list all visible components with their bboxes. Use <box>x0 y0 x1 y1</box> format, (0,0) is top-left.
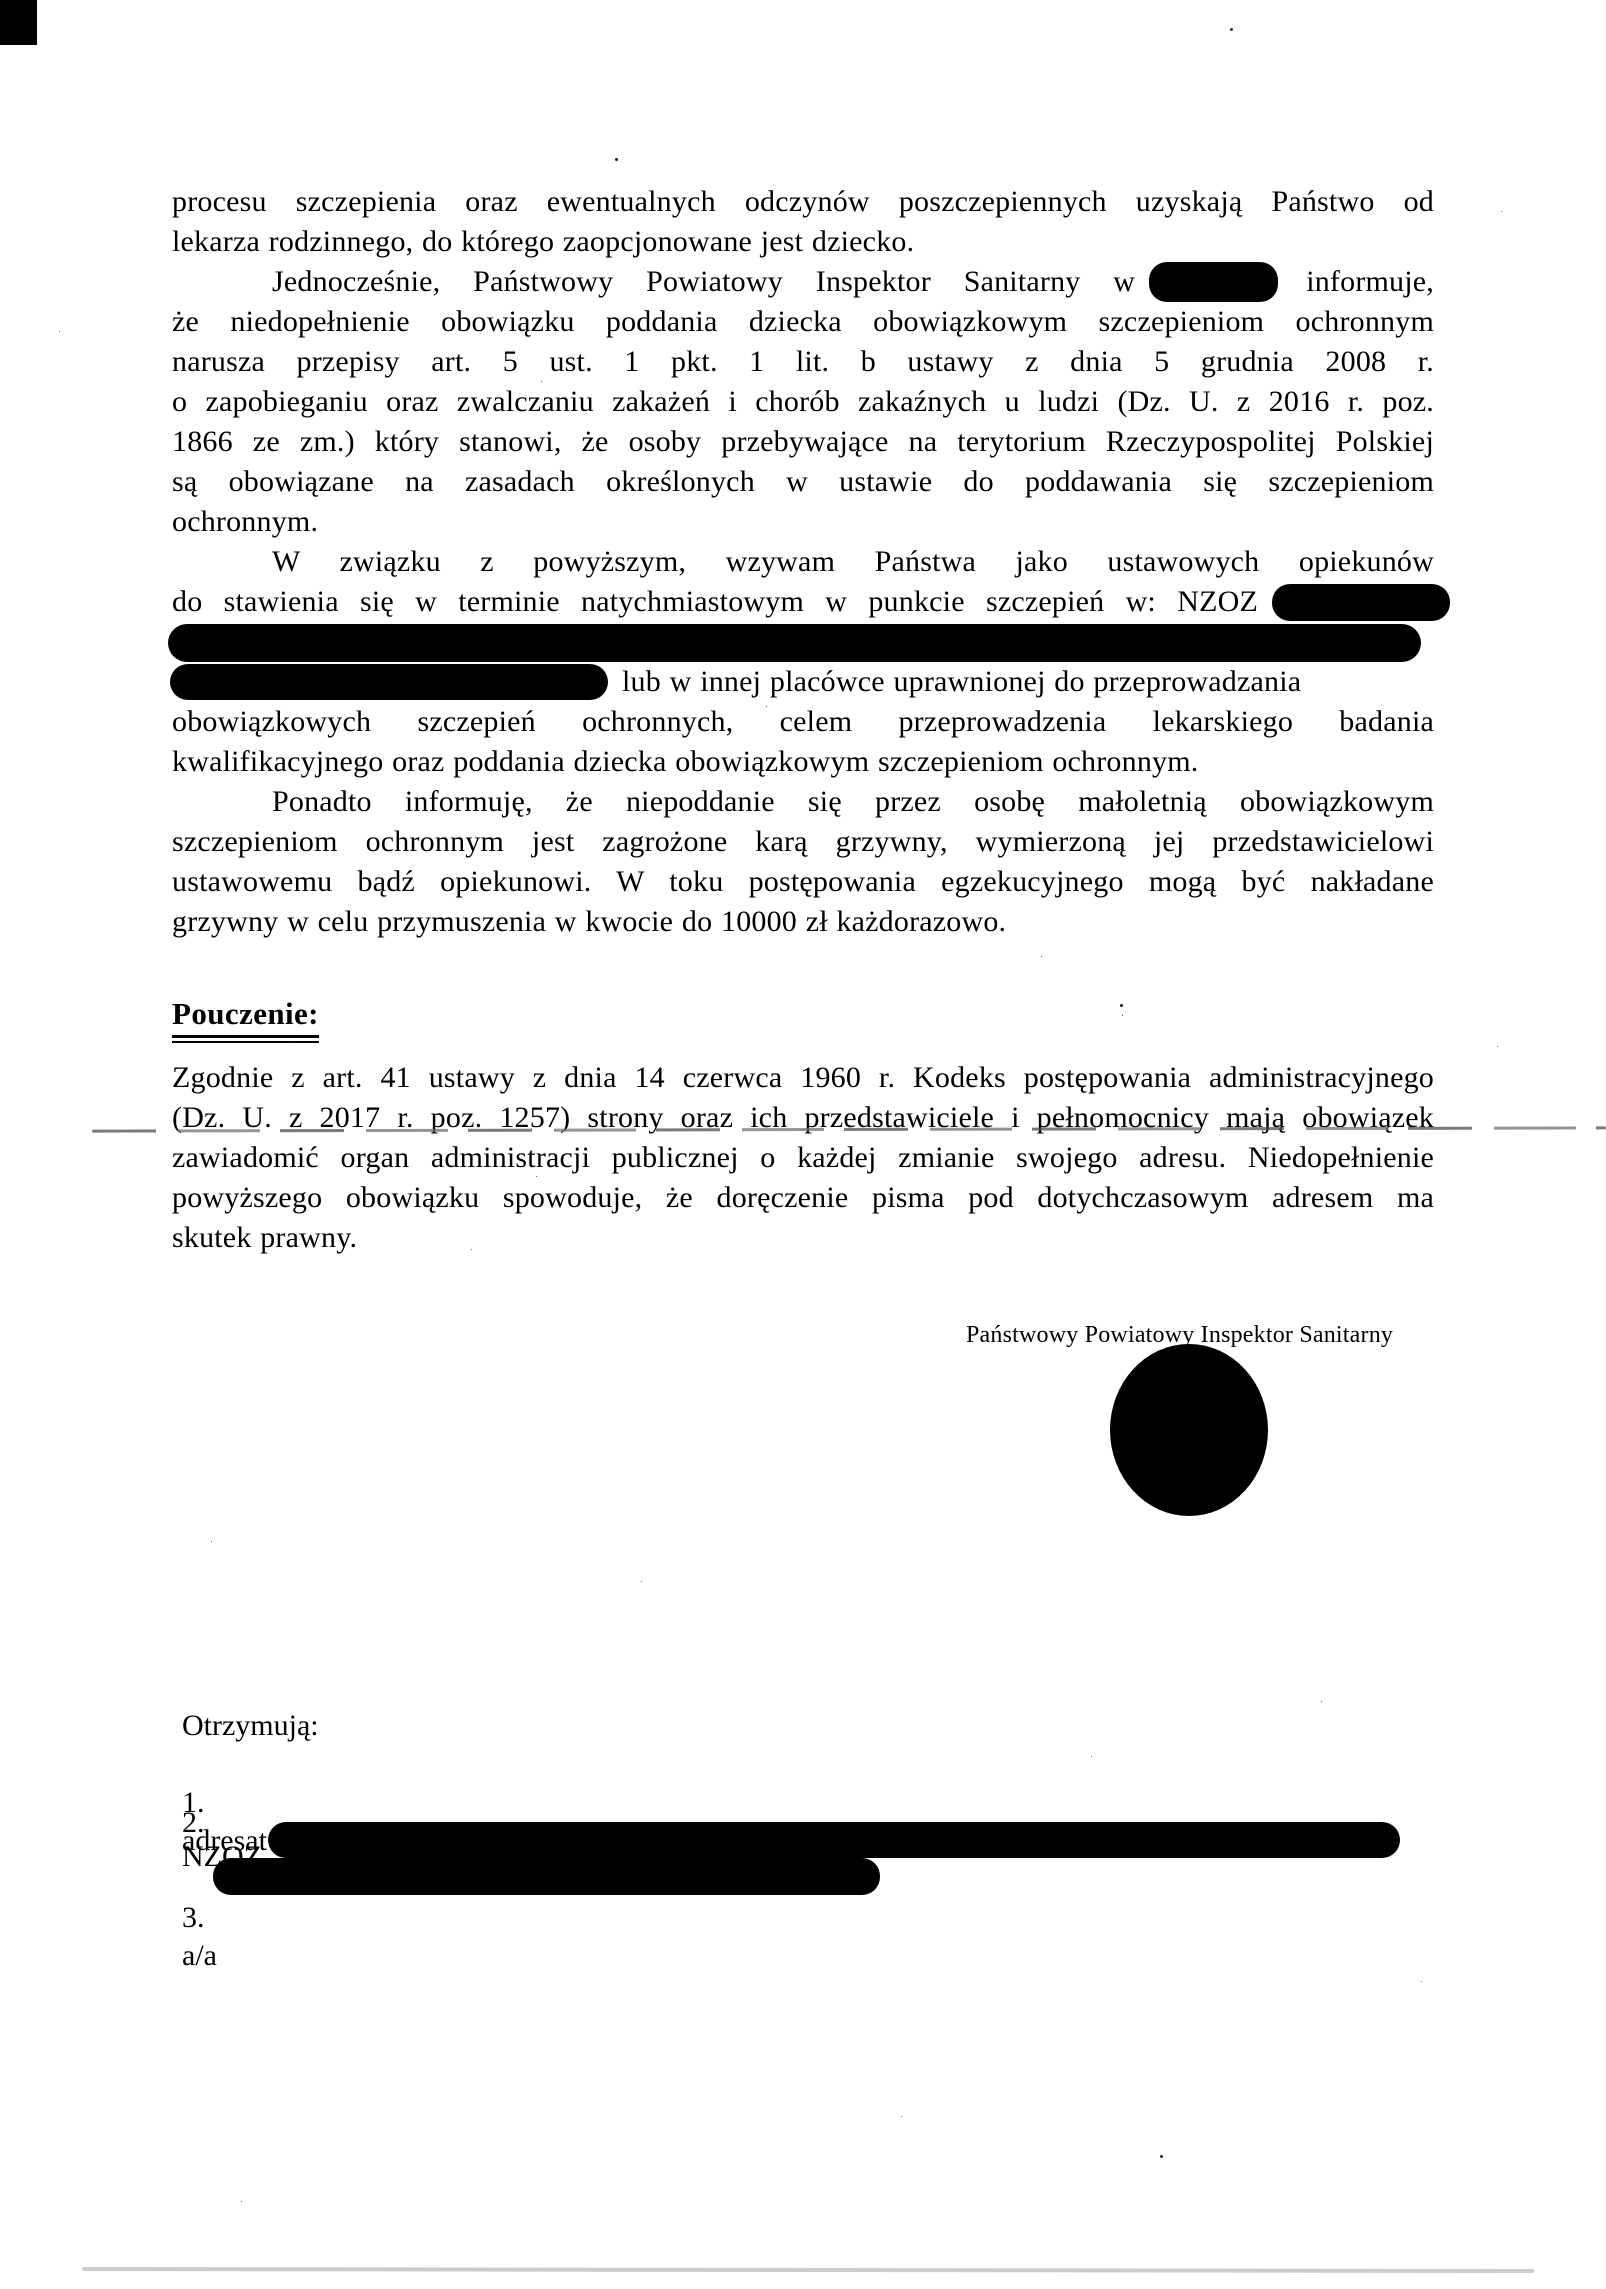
body-line: są obowiązane na zasadach określonych w … <box>172 462 1434 502</box>
redaction-bar <box>168 624 1421 662</box>
redaction-bar <box>268 1822 1400 1858</box>
body-text: procesu szczepienia oraz ewentualnych od… <box>172 182 1434 942</box>
body-line: lub w innej placówce uprawnionej do prze… <box>172 662 1434 702</box>
scan-noise <box>615 158 618 161</box>
distribution-heading: Otrzymują: <box>182 1706 319 1746</box>
pouczenie-heading: Pouczenie: <box>172 996 319 1043</box>
body-line <box>172 622 1434 662</box>
body-line: obowiązkowych szczepień ochronnych, cele… <box>172 702 1434 742</box>
body-line: grzywny w celu przymuszenia w kwocie do … <box>172 902 1434 942</box>
redaction-stamp <box>1110 1344 1268 1516</box>
redaction-pill <box>1149 262 1278 302</box>
pouczenie-paragraph: Zgodnie z art. 41 ustawy z dnia 14 czerw… <box>172 1058 1434 1258</box>
body-line: że niedopełnienie obowiązku poddania dzi… <box>172 302 1434 342</box>
scan-edge-streak <box>82 2267 1534 2273</box>
redaction-bar <box>213 1858 880 1895</box>
body-line: do stawienia się w terminie natychmiasto… <box>172 582 1434 622</box>
body-line: zawiadomić organ administracji publiczne… <box>172 1138 1434 1178</box>
list-item: 3. a/a <box>182 1899 217 1937</box>
redaction-pill <box>1272 584 1450 621</box>
body-line: W związku z powyższym, wzywam Państwa ja… <box>172 542 1434 582</box>
body-line: ochronnym. <box>172 502 1434 542</box>
body-line-segment: Jednocześnie, Państwowy Powiatowy Inspek… <box>272 262 1135 302</box>
pouczenie-heading-text: Pouczenie: <box>172 996 319 1038</box>
body-line: narusza przepisy art. 5 ust. 1 pkt. 1 li… <box>172 342 1434 382</box>
body-line: kwalifikacyjnego oraz poddania dziecka o… <box>172 742 1434 782</box>
body-line: Jednocześnie, Państwowy Powiatowy Inspek… <box>172 262 1434 302</box>
body-line: ustawowemu bądź opiekunowi. W toku postę… <box>172 862 1434 902</box>
body-line: lekarza rodzinnego, do którego zaopcjono… <box>172 222 1434 262</box>
list-item: 2. NZOZ <box>182 1820 1400 1860</box>
body-line: procesu szczepienia oraz ewentualnych od… <box>172 182 1434 222</box>
body-line: o zapobieganiu oraz zwalczaniu zakażeń i… <box>172 382 1434 422</box>
scan-corner-artifact <box>0 0 37 45</box>
scanned-letter-page: { "body": { "p1": { "l1": "procesu szcze… <box>0 0 1606 2289</box>
body-line: Ponadto informuję, że niepoddanie się pr… <box>172 782 1434 822</box>
body-line: szczepieniom ochronnym jest zagrożone ka… <box>172 822 1434 862</box>
body-line: powyższego obowiązku spowoduje, że doręc… <box>172 1178 1434 1218</box>
body-line-segment: do stawienia się w terminie natychmiasto… <box>172 582 1258 622</box>
body-line: skutek prawny. <box>172 1218 1434 1258</box>
body-line-segment: lub w innej placówce uprawnionej do prze… <box>622 662 1301 702</box>
body-line-segment: informuje, <box>1306 262 1434 302</box>
body-line: Zgodnie z art. 41 ustawy z dnia 14 czerw… <box>172 1058 1434 1098</box>
redaction-pill <box>170 664 608 700</box>
body-line: 1866 ze zm.) który stanowi, że osoby prz… <box>172 422 1434 462</box>
document-page: procesu szczepienia oraz ewentualnych od… <box>0 0 1606 2289</box>
